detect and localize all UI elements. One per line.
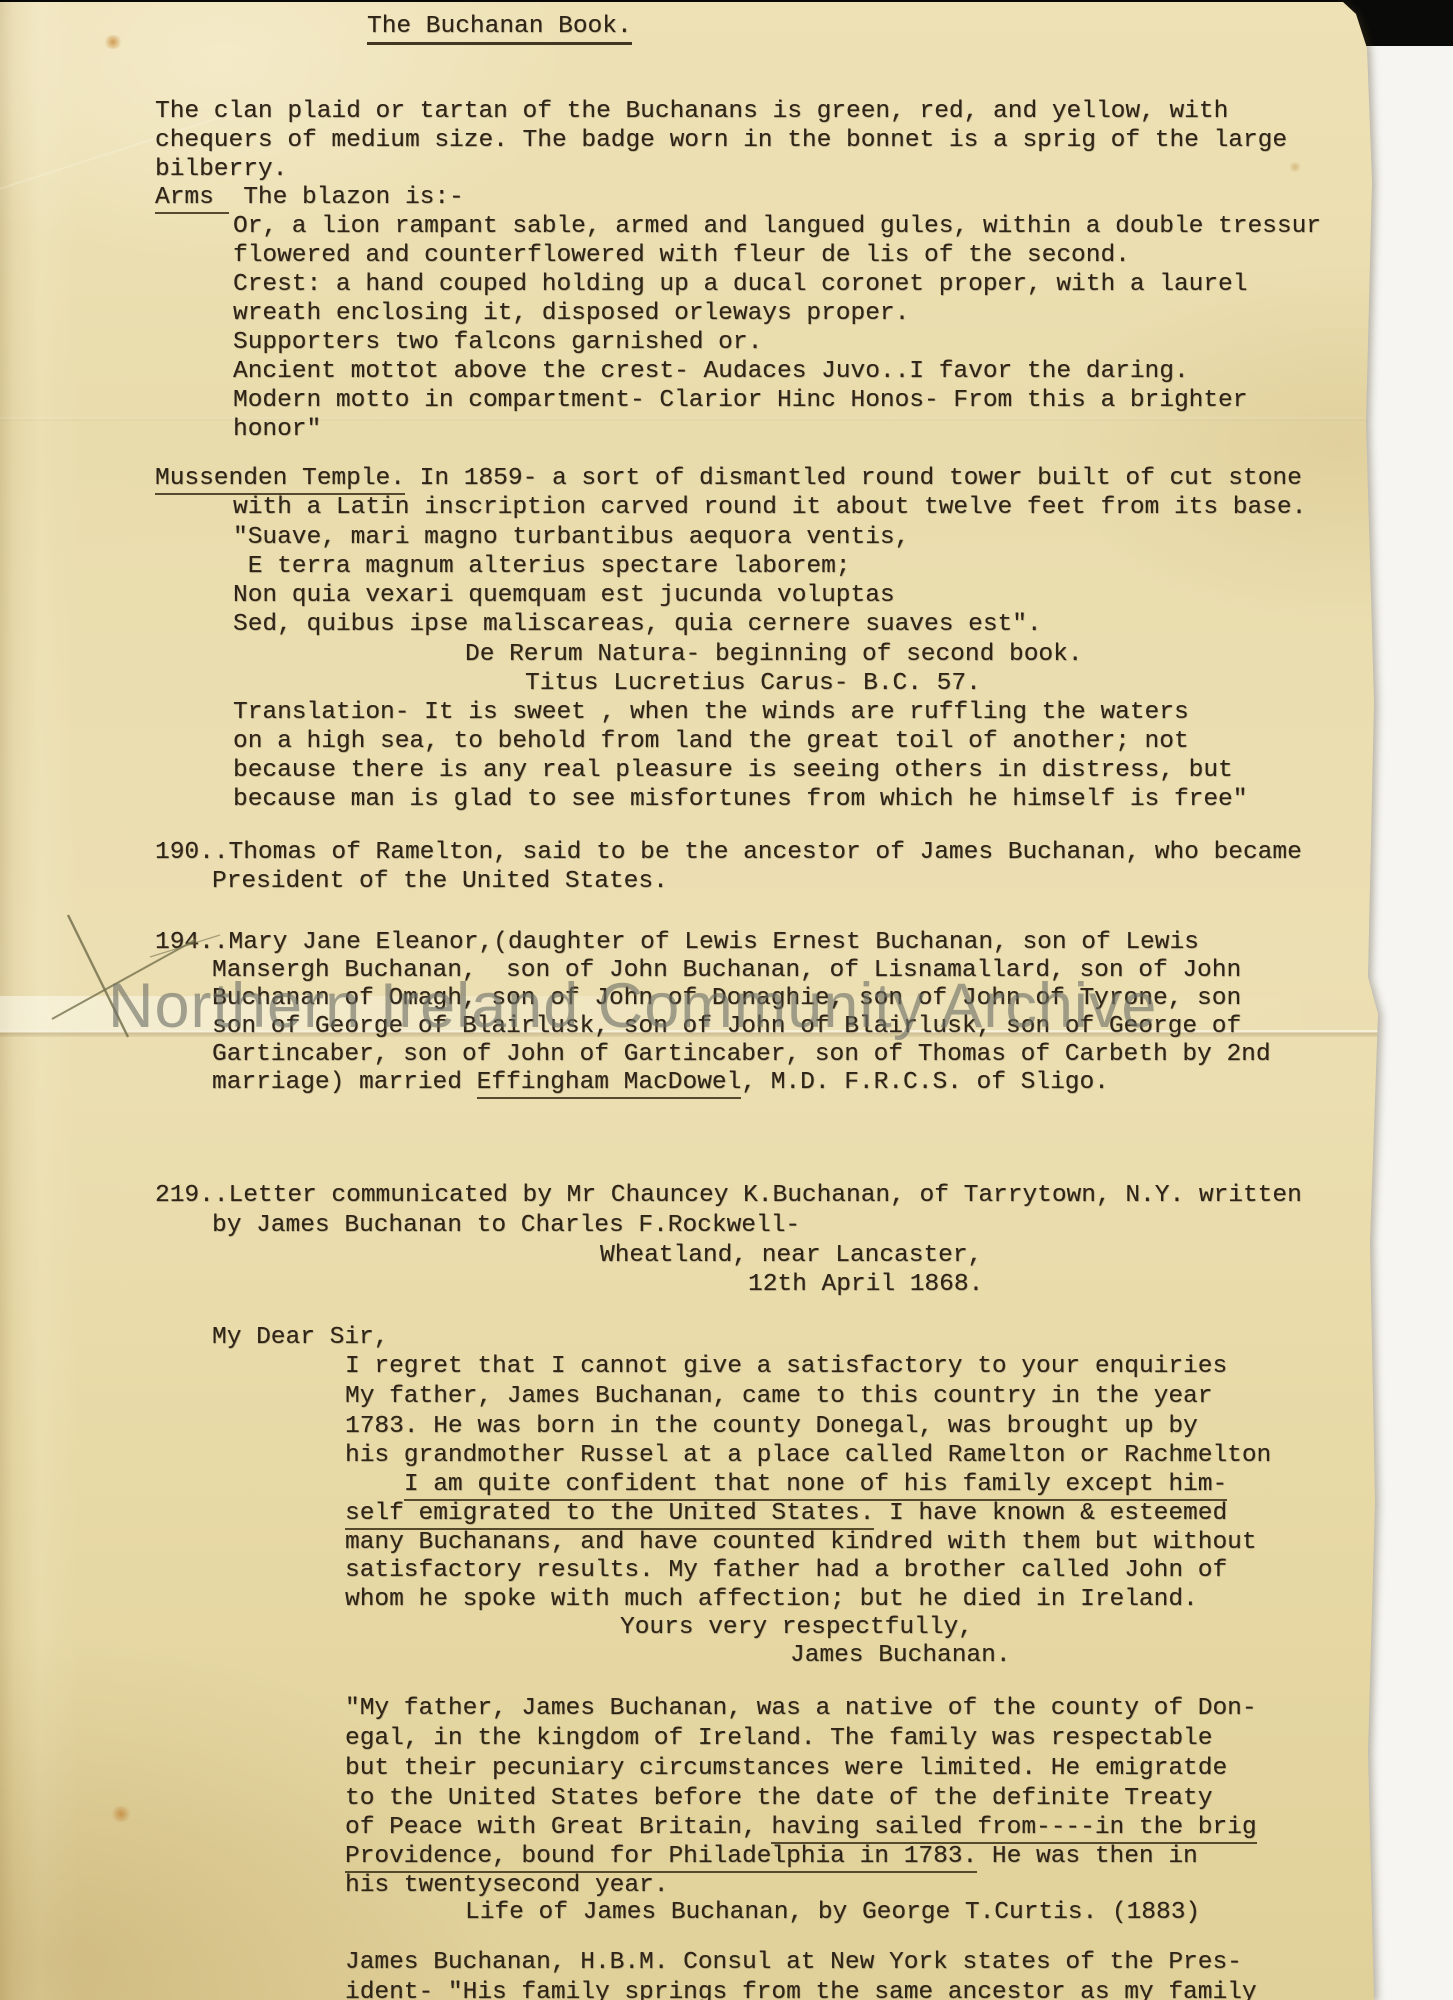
text-line: many Buchanans, and have counted kindred… (345, 1528, 1257, 1558)
text-line: but their pecuniary circumstances were l… (345, 1754, 1227, 1784)
text-line: his twentysecond year. (345, 1871, 668, 1901)
text-line: ident- "His family springs from the same… (345, 1978, 1257, 2000)
page-title: The Buchanan Book. (367, 12, 632, 42)
text-line: Non quia vexari quemquam est jucunda vol… (233, 581, 895, 611)
text-line: egal, in the kingdom of Ireland. The fam… (345, 1724, 1212, 1754)
foxing-spot (103, 35, 123, 49)
text-line: Life of James Buchanan, by George T.Curt… (465, 1898, 1200, 1928)
text-line: "My father, James Buchanan, was a native… (345, 1694, 1257, 1724)
text-line: Wheatland, near Lancaster, (600, 1241, 982, 1271)
text-line: My father, James Buchanan, came to this … (345, 1382, 1212, 1412)
text-line: Supporters two falcons garnished or. (233, 328, 762, 358)
document-page-wrapper: The Buchanan Book. The clan plaid or tar… (0, 2, 1390, 2000)
text-line: I regret that I cannot give a satisfacto… (345, 1352, 1227, 1382)
text-line: because man is glad to see misfortunes f… (233, 785, 1247, 815)
text-line: 12th April 1868. (748, 1270, 983, 1300)
text-line: Arms The blazon is:- (155, 183, 464, 213)
text-line: of Peace with Great Britain, having sail… (345, 1813, 1257, 1843)
text-line: to the United States before the date of … (345, 1784, 1212, 1814)
text-line: 1783. He was born in the county Donegal,… (345, 1412, 1198, 1442)
text-line: self emigrated to the United States. I h… (345, 1499, 1227, 1529)
text-line: 219..Letter communicated by Mr Chauncey … (155, 1181, 1302, 1211)
text-line: De Rerum Natura- beginning of second boo… (465, 640, 1083, 670)
text-line: whom he spoke with much affection; but h… (345, 1585, 1198, 1615)
text-line: bilberry. (155, 155, 287, 185)
text-line: Or, a lion rampant sable, armed and lang… (233, 212, 1321, 242)
text-line: Ancient mottot above the crest- Audaces … (233, 357, 1189, 387)
text-line: James Buchanan, H.B.M. Consul at New Yor… (345, 1948, 1242, 1978)
text-line: chequers of medium size. The badge worn … (155, 126, 1287, 156)
document-page: The Buchanan Book. The clan plaid or tar… (0, 2, 1382, 2000)
text-line: his grandmother Russel at a place called… (345, 1441, 1271, 1471)
text-line: 194..Mary Jane Eleanor,(daughter of Lewi… (155, 928, 1199, 958)
text-line: Providence, bound for Philadelphia in 17… (345, 1842, 1198, 1872)
text-line: wreath enclosing it, disposed orleways p… (233, 299, 909, 329)
foxing-spot (1288, 162, 1302, 172)
foxing-spot (110, 1806, 132, 1822)
text-line: My Dear Sir, (212, 1323, 388, 1353)
text-line: satisfactory results. My father had a br… (345, 1556, 1227, 1586)
text-line: Sed, quibus ipse maliscareas, quia cerne… (233, 610, 1042, 640)
text-line: E terra magnum alterius spectare laborem… (233, 552, 851, 582)
text-line: Mussenden Temple. In 1859- a sort of dis… (155, 464, 1302, 494)
text-line: "Suave, mari magno turbantibus aequora v… (233, 523, 909, 553)
text-line: Yours very respectfully, (620, 1613, 973, 1643)
text-line: James Buchanan. (790, 1641, 1011, 1671)
text-line: Translation- It is sweet , when the wind… (233, 698, 1189, 728)
scanned-archive-page: { "document": { "title": "The Buchanan B… (0, 0, 1453, 2000)
archive-watermark: Northern Ireland Community Archive (108, 970, 1157, 1042)
text-line: with a Latin inscription carved round it… (233, 493, 1306, 523)
text-line: I am quite confident that none of his fa… (345, 1470, 1227, 1500)
text-line: 190..Thomas of Ramelton, said to be the … (155, 838, 1302, 868)
text-line: President of the United States. (212, 867, 668, 897)
text-line: honor" (233, 415, 321, 445)
text-line: Modern motto in compartment- Clarior Hin… (233, 386, 1247, 416)
text-line: by James Buchanan to Charles F.Rockwell- (212, 1211, 800, 1241)
text-line: Crest: a hand couped holding up a ducal … (233, 270, 1247, 300)
text-line: on a high sea, to behold from land the g… (233, 727, 1189, 757)
paper-crease-faint (0, 417, 1382, 421)
text-line: The clan plaid or tartan of the Buchanan… (155, 97, 1228, 127)
text-line: Gartincaber, son of John of Gartincaber,… (212, 1040, 1271, 1070)
text-line: marriage) married Effingham MacDowel, M.… (212, 1068, 1109, 1098)
text-line: because there is any real pleasure is se… (233, 756, 1233, 786)
text-line: Titus Lucretius Carus- B.C. 57. (525, 669, 981, 699)
text-line: flowered and counterflowered with fleur … (233, 241, 1130, 271)
